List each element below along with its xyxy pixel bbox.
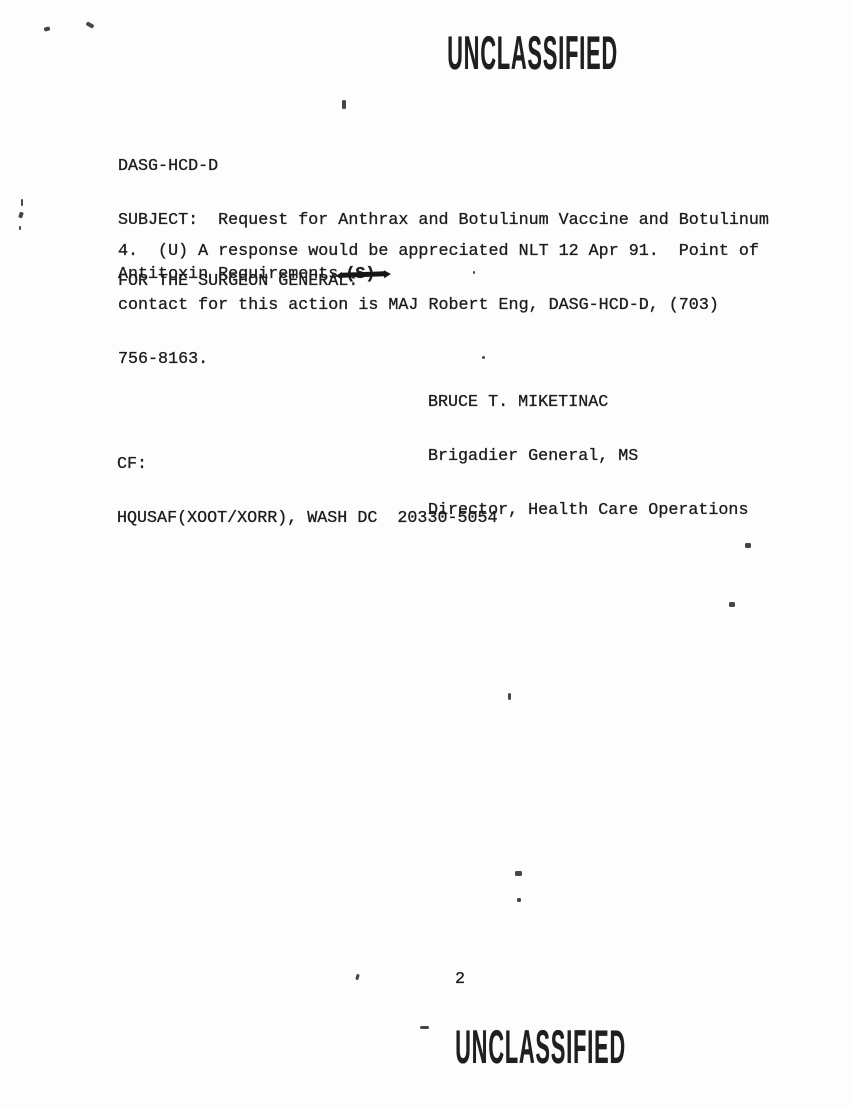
scan-artifact bbox=[729, 602, 735, 607]
scan-artifact bbox=[21, 199, 23, 206]
cf-label: CF: bbox=[117, 456, 498, 474]
page-number: 2 bbox=[455, 971, 465, 989]
cf-address: HQUSAF(XOOT/XORR), WASH DC 20330-5054 bbox=[117, 510, 498, 528]
scan-artifact bbox=[745, 543, 751, 548]
scan-artifact bbox=[44, 26, 51, 31]
scan-artifact bbox=[342, 100, 346, 109]
signature-name: BRUCE T. MIKETINAC bbox=[428, 394, 748, 412]
classification-stamp-top: UNCLASSIFIED bbox=[347, 29, 537, 76]
scan-artifact bbox=[515, 871, 522, 876]
paragraph-4-line-2: contact for this action is MAJ Robert En… bbox=[118, 297, 759, 315]
classification-stamp-bottom: UNCLASSIFIED bbox=[355, 1023, 545, 1070]
scan-artifact bbox=[473, 271, 475, 274]
scan-artifact bbox=[482, 356, 485, 359]
classification-stamp-top-text: UNCLASSIFIED bbox=[447, 29, 618, 76]
scan-artifact bbox=[420, 1026, 429, 1029]
paragraph-4-line-1: 4. (U) A response would be appreciated N… bbox=[118, 243, 759, 261]
scan-artifact bbox=[517, 898, 521, 902]
scan-artifact bbox=[18, 211, 24, 218]
classification-stamp-bottom-text: UNCLASSIFIED bbox=[455, 1023, 626, 1070]
scan-artifact bbox=[19, 226, 21, 230]
scan-artifact bbox=[355, 974, 359, 981]
office-symbol: DASG-HCD-D bbox=[118, 158, 769, 176]
scan-artifact bbox=[86, 21, 95, 28]
authority-line: FOR THE SURGEON GENERAL: bbox=[118, 273, 358, 291]
scan-artifact bbox=[508, 693, 511, 700]
cf-block: CF: HQUSAF(XOOT/XORR), WASH DC 20330-505… bbox=[117, 420, 498, 564]
document-page: UNCLASSIFIED DASG-HCD-D SUBJECT: Request… bbox=[0, 0, 850, 1107]
